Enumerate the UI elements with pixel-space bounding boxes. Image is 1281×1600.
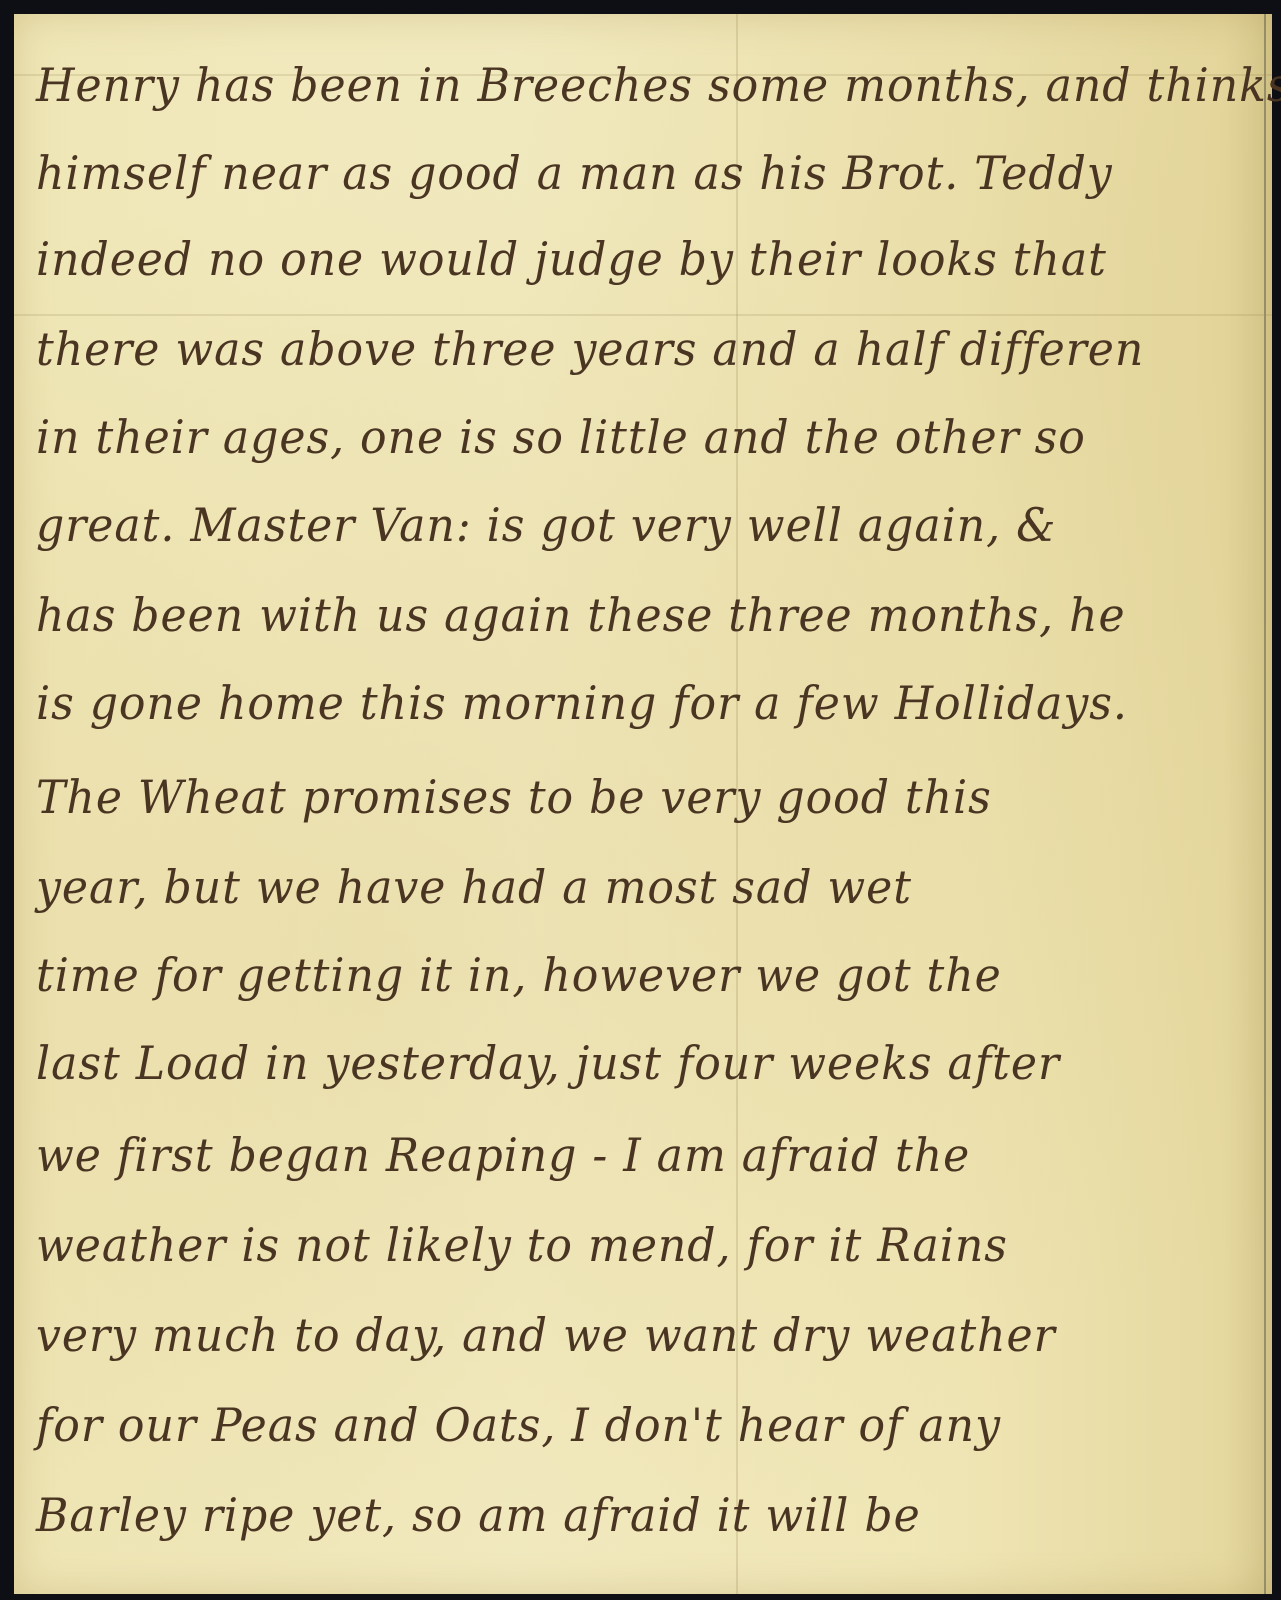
handwritten-line: we first began Reaping - I am afraid the [36,1128,970,1182]
handwritten-line: indeed no one would judge by their looks… [36,232,1107,286]
handwritten-line: last Load in yesterday, just four weeks … [36,1036,1060,1090]
paper-edge-right [1264,14,1266,1594]
handwritten-line: very much to day, and we want dry weathe… [36,1308,1056,1362]
handwritten-line: has been with us again these three month… [36,588,1126,642]
handwritten-line: weather is not likely to mend, for it Ra… [36,1218,1008,1272]
handwritten-line: is gone home this morning for a few Holl… [36,676,1128,730]
handwritten-line: there was above three years and a half d… [36,322,1144,376]
handwritten-line: himself near as good a man as his Brot. … [36,146,1113,200]
handwritten-line: year, but we have had a most sad wet [36,860,912,914]
handwritten-line: for our Peas and Oats, I don't hear of a… [36,1398,1001,1452]
handwritten-line: Henry has been in Breeches some months, … [36,58,1281,112]
handwritten-line: great. Master Van: is got very well agai… [36,498,1056,552]
handwritten-line: The Wheat promises to be very good this [36,770,992,824]
handwritten-line: time for getting it in, however we got t… [36,948,1002,1002]
paper-fold-horizontal [14,314,1272,316]
handwritten-line: Barley ripe yet, so am afraid it will be [36,1488,921,1542]
letter-page: Henry has been in Breeches some months, … [14,14,1272,1594]
handwritten-line: in their ages, one is so little and the … [36,410,1086,464]
